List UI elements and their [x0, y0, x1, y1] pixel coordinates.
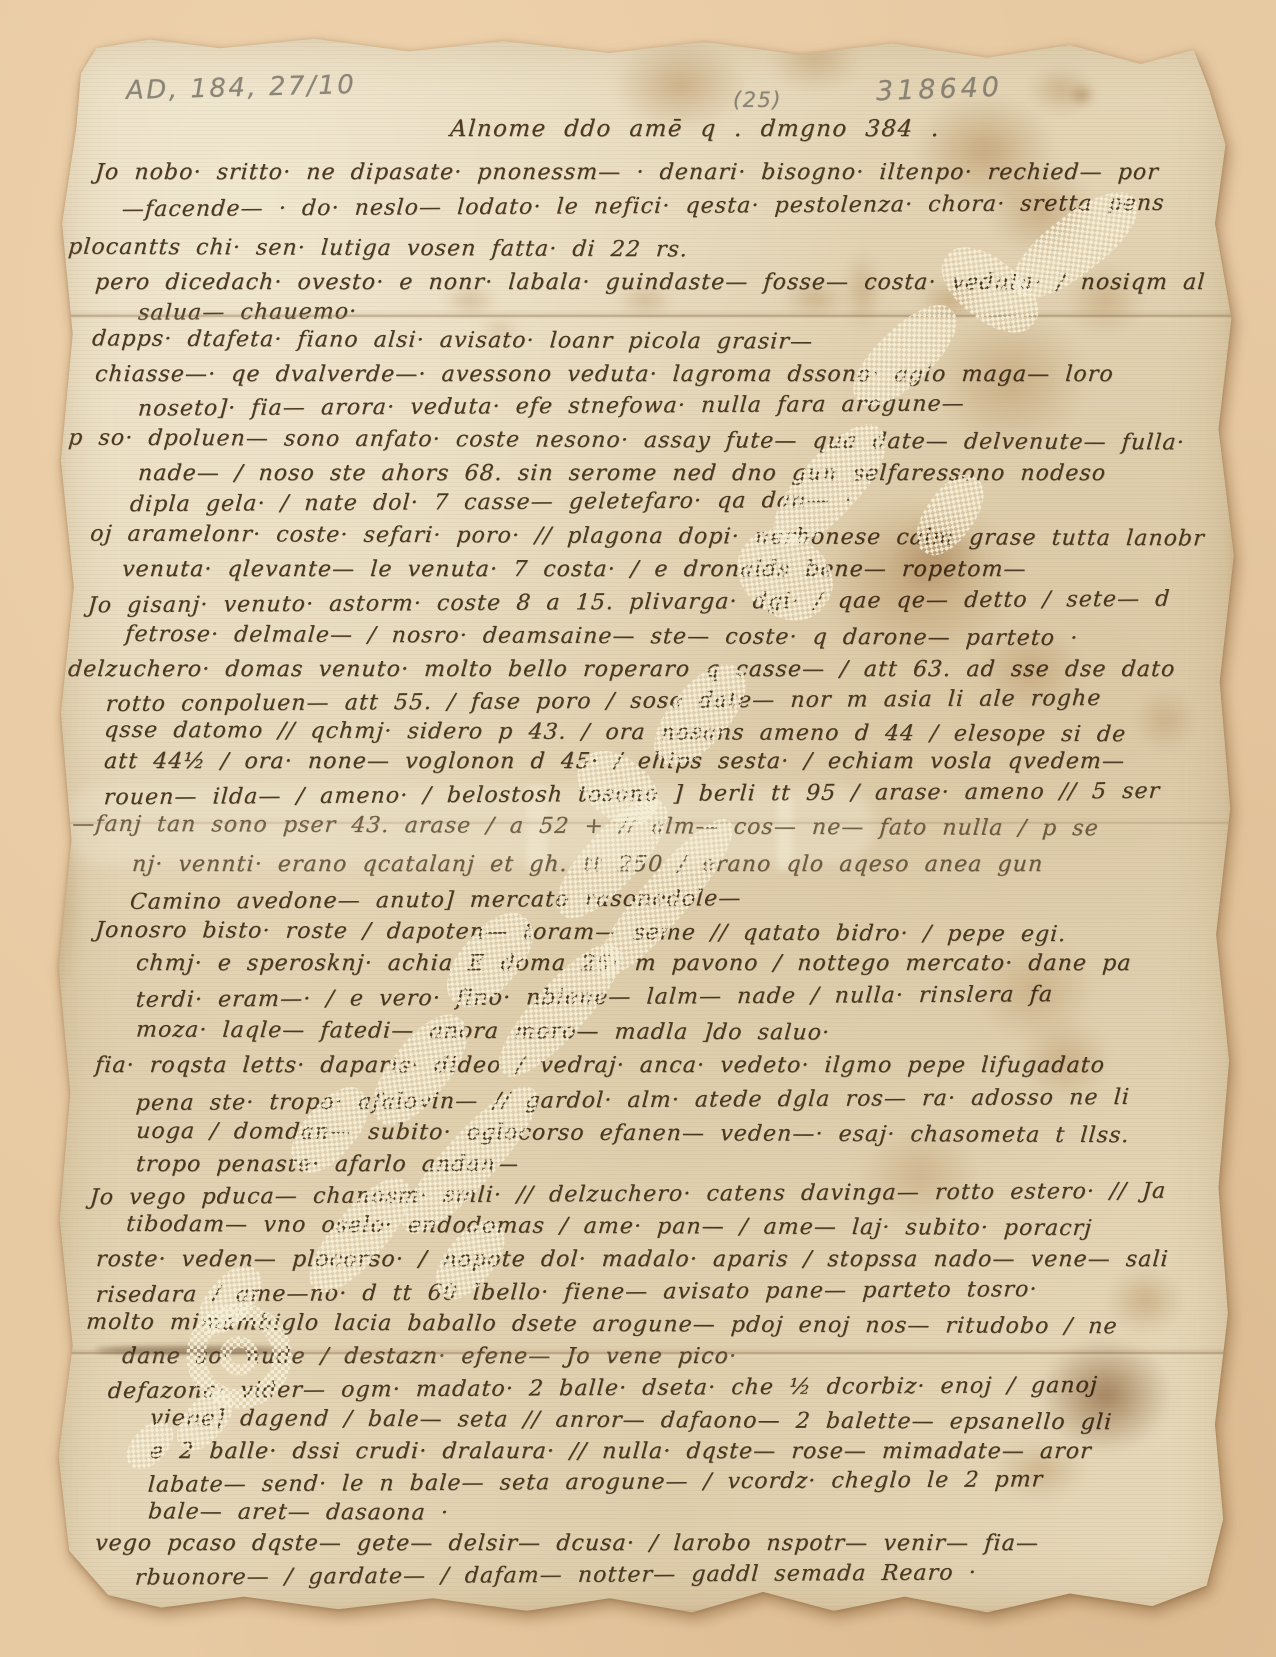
watermark-halftone-stroke: [357, 1001, 483, 1139]
manuscript-page: Alnome ddo amē q . dmgno 384 . Jo nobo· …: [55, 34, 1235, 1614]
copyright-watermark-icon: [183, 1300, 295, 1412]
watermark-halftone-stroke: [758, 409, 903, 561]
watermark-halftone-stroke: [484, 929, 636, 1090]
halftone-watermark-layer: [55, 34, 1235, 1614]
watermark-halftone-stroke: [839, 290, 971, 420]
watermark-halftone-stroke: [639, 650, 761, 779]
watermark-halftone-stroke: [295, 1165, 425, 1306]
watermark-halftone-stroke: [167, 1380, 243, 1459]
watermark-halftone-stroke: [119, 1413, 182, 1477]
watermark-halftone-stroke: [541, 784, 682, 932]
watermark-halftone-stroke: [423, 1210, 516, 1310]
watermark-halftone-stroke: [387, 1072, 553, 1248]
watermark-halftone-stroke: [721, 513, 849, 638]
watermark-halftone-stroke: [278, 1075, 382, 1185]
watermark-halftone-stroke: [565, 737, 671, 838]
paper-sheet-wrap: Alnome ddo amē q . dmgno 384 . Jo nobo· …: [55, 34, 1235, 1614]
watermark-halftone-stroke: [432, 899, 547, 1021]
watermark-halftone-stroke: [187, 1255, 272, 1345]
watermark-halftone-stroke: [582, 806, 747, 990]
watermark-halftone-stroke: [998, 176, 1152, 314]
manuscript-scan: Alnome ddo amē q . dmgno 384 . Jo nobo· …: [0, 0, 1276, 1657]
watermark-halftone-stroke: [905, 464, 996, 565]
copyright-c-glyph: [219, 1336, 259, 1376]
watermark-halftone-stroke: [928, 232, 1052, 347]
